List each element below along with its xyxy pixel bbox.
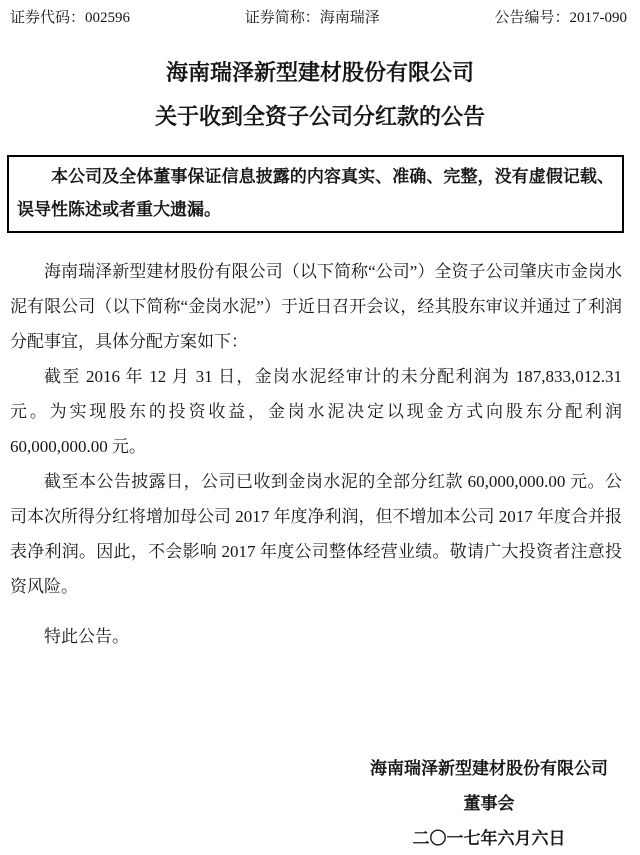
document-body: 海南瑞泽新型建材股份有限公司（以下简称“公司”）全资子公司肇庆市金岗水泥有限公司… bbox=[0, 254, 640, 654]
announcement-number: 公告编号：2017-090 bbox=[495, 8, 628, 28]
body-paragraph-3: 截至本公告披露日，公司已收到金岗水泥的全部分红款 60,000,000.00 元… bbox=[10, 464, 622, 604]
document-title-subject: 关于收到全资子公司分红款的公告 bbox=[0, 104, 640, 130]
disclaimer-text: 本公司及全体董事保证信息披露的内容真实、准确、完整，没有虚假记载、误导性陈述或者… bbox=[17, 160, 614, 226]
document-title-company: 海南瑞泽新型建材股份有限公司 bbox=[0, 60, 640, 86]
signature-date: 二〇一七年六月六日 bbox=[370, 821, 608, 855]
document-header: 证券代码：002596 证券简称：海南瑞泽 公告编号：2017-090 bbox=[0, 0, 640, 28]
signature-board: 董事会 bbox=[370, 786, 608, 821]
stock-short-name: 证券简称：海南瑞泽 bbox=[245, 8, 380, 28]
signature-company: 海南瑞泽新型建材股份有限公司 bbox=[370, 751, 608, 786]
closing-statement: 特此公告。 bbox=[10, 619, 622, 654]
announcement-document: 证券代码：002596 证券简称：海南瑞泽 公告编号：2017-090 海南瑞泽… bbox=[0, 0, 640, 855]
body-paragraph-2: 截至 2016 年 12 月 31 日，金岗水泥经审计的未分配利润为 187,8… bbox=[10, 359, 622, 464]
disclaimer-box: 本公司及全体董事保证信息披露的内容真实、准确、完整，没有虚假记载、误导性陈述或者… bbox=[7, 155, 624, 233]
stock-code: 证券代码：002596 bbox=[10, 8, 130, 28]
signature-block: 海南瑞泽新型建材股份有限公司 董事会 二〇一七年六月六日 bbox=[370, 751, 608, 855]
body-paragraph-1: 海南瑞泽新型建材股份有限公司（以下简称“公司”）全资子公司肇庆市金岗水泥有限公司… bbox=[10, 254, 622, 359]
